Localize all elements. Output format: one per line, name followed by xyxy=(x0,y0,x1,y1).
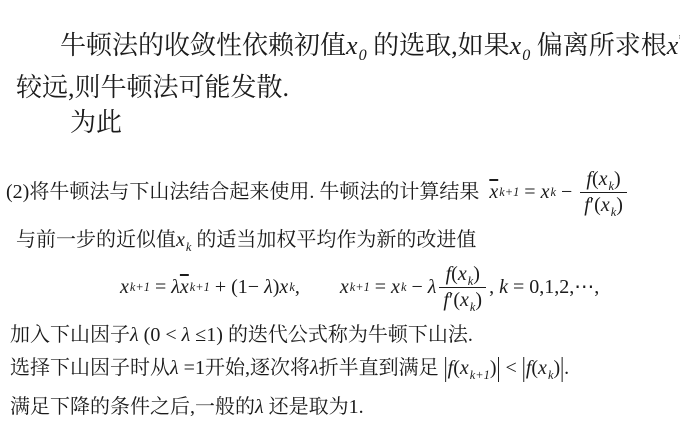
paragraph-combine-methods-with-formula: (2)将牛顿法与下山法结合起来使用. 牛顿法的计算结果 xk+1 = xk − … xyxy=(6,161,630,223)
text-run: + (1− xyxy=(210,275,264,300)
math-fraction: f(xk)f′(xk) xyxy=(439,263,486,312)
text-run: | xyxy=(444,352,448,386)
text-run: ) xyxy=(614,168,621,190)
text-run: − xyxy=(556,180,577,205)
paragraph-downhill-factor-definition: 加入下山因子λ (0 < λ ≤1) 的迭代公式称为牛顿下山法. xyxy=(10,323,473,348)
text-run: ′( xyxy=(590,194,601,216)
text-run: λ xyxy=(428,275,437,300)
text-run: k+1 xyxy=(470,368,490,382)
text-run: , xyxy=(489,275,499,300)
text-run: x xyxy=(176,229,185,251)
text-run: x xyxy=(601,194,610,216)
text-run: ( xyxy=(451,263,458,285)
text-run: 0 xyxy=(359,47,367,64)
paragraph-choose-lambda-halving: 选择下山因子时从λ =1开始,逐次将λ折半直到满足 |f(xk+1)| < |f… xyxy=(10,356,569,381)
text-run: − xyxy=(406,275,427,300)
text-run: x xyxy=(279,275,288,300)
text-run: 选择下山因子时从 xyxy=(10,357,170,379)
text-run: 开始,逐次将 xyxy=(205,357,310,379)
text-run: 的迭代公式称为牛顿下山法. xyxy=(228,324,473,346)
text-run: x xyxy=(180,275,189,300)
text-run: < xyxy=(501,357,522,379)
text-run: x xyxy=(346,31,358,60)
text-run: x xyxy=(667,31,679,60)
text-run: ) xyxy=(490,357,497,379)
text-run: 还是取为1. xyxy=(264,396,364,418)
text-run: = xyxy=(519,180,540,205)
text-run: x xyxy=(340,275,349,300)
paragraph-weighted-average: 与前一步的近似值xk 的适当加权平均作为新的改进值 xyxy=(16,228,476,253)
text-run: 与前一步的近似值 xyxy=(16,229,176,251)
fraction-numerator: f(xk) xyxy=(580,168,627,193)
text-run: λ xyxy=(182,324,191,346)
text-run: ) xyxy=(553,357,560,379)
equation-row-damped-newton: xk+1 = λxk+1 + (1− λ)xk,xk+1 = xk − λf(x… xyxy=(120,256,599,318)
text-run: ) xyxy=(616,194,623,216)
text-run: ) xyxy=(475,289,482,311)
paragraph-may-diverge: 较远,则牛顿法可能发散. xyxy=(16,72,289,105)
text-run: x xyxy=(460,289,469,311)
text-run: ) xyxy=(473,263,480,285)
paragraph-lambda-back-to-one: 满足下降的条件之后,一般的λ 还是取为1. xyxy=(10,395,364,420)
text-run: =1 xyxy=(179,357,205,379)
text-run: x xyxy=(599,168,608,190)
text-run: ( xyxy=(592,168,599,190)
text-run: ≤1) xyxy=(190,324,228,346)
text-run: x xyxy=(391,275,400,300)
text-run: 满足下降的条件之后,一般的 xyxy=(10,396,255,418)
text-run: ( xyxy=(453,357,460,379)
text-run: k xyxy=(499,275,508,300)
text-run: x xyxy=(538,357,547,379)
text-run: , xyxy=(295,275,300,300)
text-run: 的选取,如果 xyxy=(367,31,510,60)
text-run: λ xyxy=(264,275,273,300)
text-run: 折半直到满足 xyxy=(319,357,444,379)
text-run: λ xyxy=(310,357,319,379)
fraction-numerator: f(xk) xyxy=(439,263,486,288)
document-page: 牛顿法的收敛性依赖初值x0 的选取,如果x0 偏离所求根x* 较远,则牛顿法可能… xyxy=(0,0,680,439)
text-run: x xyxy=(458,263,467,285)
text-run: x xyxy=(460,357,469,379)
text-run: x xyxy=(120,275,129,300)
text-run: λ xyxy=(171,275,180,300)
text-run: 偏离所求根 xyxy=(530,31,667,60)
fraction-denominator: f′(xk) xyxy=(439,288,486,312)
text-run: | xyxy=(560,352,564,386)
text-run: = xyxy=(150,275,171,300)
text-run: λ xyxy=(130,324,139,346)
text-run: λ xyxy=(255,396,264,418)
text-run: x xyxy=(541,180,550,205)
fraction-denominator: f′(xk) xyxy=(580,193,627,217)
text-run: | xyxy=(522,352,526,386)
text-run: | xyxy=(497,352,501,386)
text-run: (2)将牛顿法与下山法结合起来使用. 牛顿法的计算结果 xyxy=(6,180,489,205)
text-run: x xyxy=(510,31,522,60)
paragraph-convergence-depends: 牛顿法的收敛性依赖初值x0 的选取,如果x0 偏离所求根x* xyxy=(60,30,680,63)
text-run: λ xyxy=(170,357,179,379)
text-run: . xyxy=(564,357,569,379)
text-run: ′( xyxy=(449,289,460,311)
text-run: 加入下山因子 xyxy=(10,324,130,346)
text-run: = xyxy=(370,275,391,300)
text-run: = 0,1,2,⋯, xyxy=(508,275,599,300)
paragraph-therefore: 为此 xyxy=(70,107,122,140)
text-run: x xyxy=(489,180,498,205)
text-run: 牛顿法的收敛性依赖初值 xyxy=(60,31,346,60)
text-run: 的适当加权平均作为新的改进值 xyxy=(191,229,476,251)
math-fraction: f(xk)f′(xk) xyxy=(580,168,627,217)
text-run: (0 < xyxy=(139,324,182,346)
